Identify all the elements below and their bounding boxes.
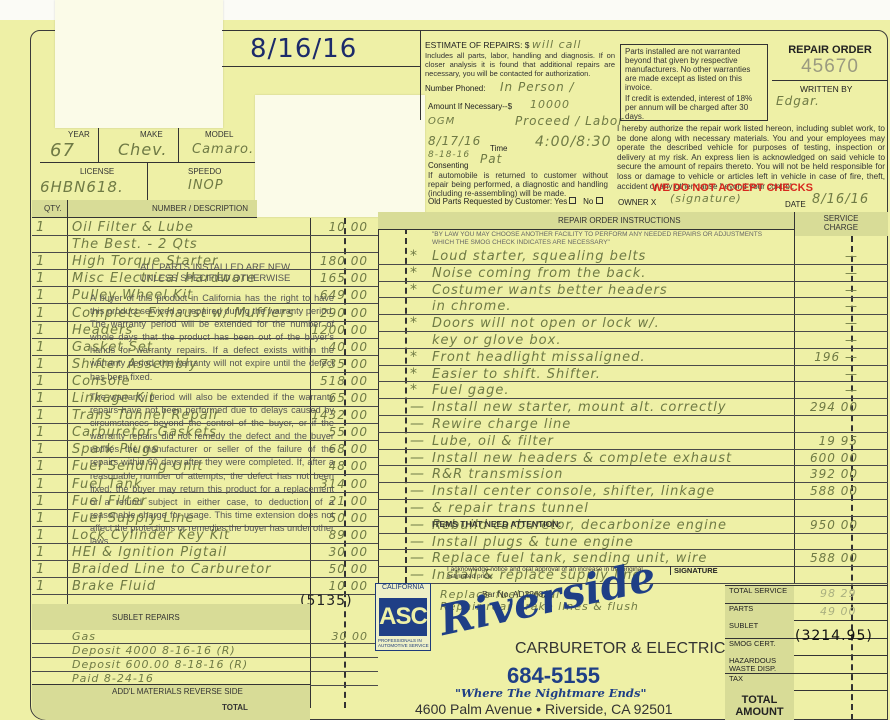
sublet-row: Gas 30 00	[32, 630, 378, 644]
legal-text-1: A buyer of this product in California ha…	[90, 292, 334, 384]
qty-value: 1	[36, 306, 45, 321]
totals-row: TOTAL SERVICE 98 29	[725, 586, 888, 604]
estimate-text: Includes all parts, labor, handling and …	[425, 51, 615, 78]
service-charge: 588 00	[810, 484, 858, 498]
divider	[178, 128, 179, 162]
instruction-text: key or glove box.	[432, 333, 561, 348]
warranty-text: Parts installed are not warranted beyond…	[625, 47, 763, 92]
items-attention-label: ITEMS THAT NEED ATTENTION:	[432, 519, 561, 529]
divider	[222, 66, 420, 67]
service-charge: 600 00	[810, 451, 858, 465]
qty-value: 1	[36, 528, 45, 543]
totals-label: HAZARDOUS WASTE DISP.	[725, 656, 794, 673]
part-price: 50 00	[304, 562, 368, 576]
sublet-row: Deposit 600.00 8-18-16 (R)	[32, 658, 378, 672]
totals-label: TAX	[725, 674, 794, 691]
owner-signature[interactable]: (signature)	[670, 192, 742, 205]
totals-label: SUBLET	[725, 621, 794, 638]
written-by-value: Edgar.	[776, 94, 820, 108]
divider	[98, 128, 99, 162]
service-charge: —	[845, 367, 858, 381]
shop-subtitle: CARBURETOR & ELECTRIC	[515, 640, 725, 658]
consenting-value: Pat	[480, 152, 502, 166]
addl-materials-label: ADD'L MATERIALS REVERSE SIDE	[112, 687, 243, 696]
instruction-row: — Rewire charge line	[378, 416, 888, 433]
qty-value: 1	[36, 323, 45, 338]
signature-label: SIGNATURE	[670, 566, 718, 575]
service-charge: —	[845, 299, 858, 313]
return-text: If automobile is returned to customer wi…	[428, 171, 608, 198]
instruction-mark: —	[410, 534, 425, 550]
repair-order-title-box: REPAIR ORDER 45670	[772, 44, 888, 78]
instruction-row: * Loud starter, squealing belts —	[378, 248, 888, 265]
sublet-description: Deposit 4000 8-16-16 (R)	[72, 644, 236, 657]
vehicle-block: YEAR MAKE MODEL 67 Chev. Camaro. LICENSE…	[40, 128, 260, 198]
qty-value: 1	[36, 425, 45, 440]
totals-row: PARTS 49 00	[725, 604, 888, 622]
estimate-date: 8/17/16	[428, 134, 481, 148]
desc-header: NUMBER / DESCRIPTION	[152, 204, 248, 213]
part-description: The Best. - 2 Qts	[72, 237, 198, 252]
service-charge: —	[845, 383, 858, 397]
instruction-row: — Install new starter, mount alt. correc…	[378, 399, 888, 416]
model-value: Camaro.	[192, 142, 254, 157]
parts-row: The Best. - 2 Qts	[32, 236, 378, 253]
license-label: LICENSE	[80, 167, 114, 176]
total-amount-label: TOTAL AMOUNT	[725, 691, 794, 720]
instruction-mark: *	[410, 349, 418, 365]
instructions-header: REPAIR ORDER INSTRUCTIONS	[378, 212, 794, 230]
amount-value: 10000	[530, 98, 570, 111]
divider	[147, 162, 148, 200]
sublet-price: 30 00	[304, 630, 368, 643]
estimate-line3-prefix: OGM	[428, 116, 455, 127]
instruction-row: * Front headlight missaligned. 196 —	[378, 349, 888, 366]
qty-value: 1	[36, 494, 45, 509]
instructions-title: REPAIR ORDER INSTRUCTIONS	[558, 216, 681, 225]
instruction-mark: *	[410, 382, 418, 398]
instruction-text: Front headlight missaligned.	[432, 350, 646, 365]
qty-value: 1	[36, 254, 45, 269]
instruction-row: — Install plugs & tune engine	[378, 534, 888, 551]
totals-row: HAZARDOUS WASTE DISP.	[725, 656, 888, 674]
instruction-row: * Fuel gage. —	[378, 382, 888, 399]
speedo-value: INOP	[188, 178, 224, 193]
qty-value: 1	[36, 220, 45, 235]
service-charge: 19 95	[819, 434, 858, 448]
parts-row: 1 Braided Line to Carburetor 50 00	[32, 561, 378, 578]
instruction-row: * Easier to shift. Shifter. —	[378, 366, 888, 383]
qty-value: 1	[36, 459, 45, 474]
instruction-row: * Costumer wants better headers —	[378, 282, 888, 299]
instruction-text: Lube, oil & filter	[432, 434, 554, 449]
year-value: 67	[50, 140, 75, 161]
instruction-row: * Noise coming from the back. —	[378, 265, 888, 282]
divider	[222, 30, 420, 31]
instruction-row: — Lube, oil & filter 19 95	[378, 433, 888, 450]
qty-header: QTY.	[44, 204, 62, 213]
estimate-label: ESTIMATE OF REPAIRS: $ will call	[425, 38, 615, 51]
qty-value: 1	[36, 357, 45, 372]
divider	[420, 30, 421, 120]
asc-logo: CALIFORNIA ASC PROFESSIONALS IN AUTOMOTI…	[375, 583, 431, 651]
repair-order-title: REPAIR ORDER	[772, 44, 888, 56]
instruction-mark: —	[410, 433, 425, 449]
service-charge: —	[845, 316, 858, 330]
instruction-text: Noise coming from the back.	[432, 266, 646, 281]
instruction-mark: —	[410, 550, 425, 566]
instruction-text: Install center console, shifter, linkage	[432, 484, 715, 499]
instruction-mark: —	[410, 399, 425, 415]
instruction-text: Install plugs & tune engine	[432, 535, 634, 550]
instruction-mark: —	[410, 483, 425, 499]
speedo-label: SPEEDO	[188, 167, 221, 176]
instruction-text: Costumer wants better headers	[432, 283, 668, 298]
service-charge: 588 00	[810, 551, 858, 565]
instruction-text: Doors will not open or lock w/.	[432, 316, 660, 331]
order-number: 45670	[772, 56, 888, 78]
instruction-text: Loud starter, squealing belts	[432, 249, 646, 264]
service-charge: —	[845, 266, 858, 280]
qty-value: 1	[36, 340, 45, 355]
instruction-mark: *	[410, 366, 418, 382]
sticky-note-1	[55, 0, 223, 128]
legal-heading: ALL PARTS INSTALLED ARE NEW UNLESS SPECI…	[110, 262, 320, 284]
instruction-text: Fuel gage.	[432, 383, 510, 398]
instruction-mark: *	[410, 248, 418, 264]
year-label: YEAR	[68, 130, 90, 139]
instruction-mark: —	[410, 500, 425, 516]
phoned-value: In Person /	[500, 80, 575, 94]
instruction-mark: *	[410, 265, 418, 281]
part-description: Oil Filter & Lube	[72, 220, 194, 235]
instruction-text: Install new starter, mount alt. correctl…	[432, 400, 727, 415]
yes-checkbox[interactable]	[569, 197, 576, 204]
service-charge: —	[845, 283, 858, 297]
no-checkbox[interactable]	[596, 197, 603, 204]
sublet-row: Deposit 4000 8-16-16 (R)	[32, 644, 378, 658]
totals-label: PARTS	[725, 604, 794, 621]
instruction-mark: —	[410, 567, 425, 583]
instruction-text: & repair trans tunnel	[432, 501, 589, 516]
instruction-mark: —	[410, 450, 425, 466]
service-charge: 950 00	[810, 518, 858, 532]
service-charge: —	[845, 249, 858, 263]
instruction-mark: *	[410, 315, 418, 331]
part-price: 10 00	[304, 220, 368, 234]
estimate-block: ESTIMATE OF REPAIRS: $ will call Include…	[425, 38, 615, 78]
service-charge: 392 00	[810, 467, 858, 481]
sublet-footer: ADD'L MATERIALS REVERSE SIDE TOTAL	[32, 684, 310, 720]
written-by-label: WRITTEN BY	[800, 84, 852, 94]
instruction-row: key or glove box. —	[378, 332, 888, 349]
instruction-row: — & repair trans tunnel	[378, 500, 888, 517]
part-price: 10 00	[304, 579, 368, 593]
top-date: 8/16/16	[250, 34, 357, 64]
qty-value: 1	[36, 271, 45, 286]
qty-value: 1	[36, 442, 45, 457]
totals-label: TOTAL SERVICE	[725, 586, 794, 603]
service-charge-header: SERVICE CHARGE	[794, 212, 888, 236]
license-value: 6HBN618.	[40, 178, 124, 196]
instruction-row: — R&R transmission 392 00	[378, 466, 888, 483]
qty-value: 1	[36, 288, 45, 303]
instruction-mark: —	[410, 416, 425, 432]
instruction-row: — Install center console, shifter, linka…	[378, 483, 888, 500]
qty-value: 1	[36, 545, 45, 560]
qty-value: 1	[36, 562, 45, 577]
model-label: MODEL	[205, 130, 233, 139]
circled-total: (3214.95)	[795, 628, 873, 644]
service-charge: 196 —	[814, 350, 858, 364]
phoned-label: Number Phoned:	[425, 84, 485, 93]
divider	[772, 80, 888, 81]
instruction-row: — Install new headers & complete exhaust…	[378, 450, 888, 467]
instruction-text: Rewire charge line	[432, 417, 571, 432]
qty-value: 1	[36, 374, 45, 389]
totals-label: SMOG CERT.	[725, 639, 794, 656]
sublet-header: SUBLET REPAIRS	[32, 604, 310, 630]
warranty-box: Parts installed are not warranted beyond…	[620, 44, 768, 121]
service-charge: 294 00	[810, 400, 858, 414]
make-label: MAKE	[140, 130, 163, 139]
instruction-mark: *	[410, 282, 418, 298]
qty-value: 1	[36, 477, 45, 492]
make-value: Chev.	[118, 140, 167, 159]
instruction-text: Easier to shift. Shifter.	[432, 367, 601, 382]
service-charge: —	[845, 333, 858, 347]
shop-slogan: "Where The Nightmare Ends"	[455, 686, 646, 700]
sublet-description: Deposit 600.00 8-18-16 (R)	[72, 658, 248, 671]
consenting-date: 8-18-16	[428, 150, 470, 160]
part-description: Braided Line to Carburetor	[72, 562, 272, 577]
instruction-text: Install new headers & complete exhaust	[432, 451, 732, 466]
amount-label: Amount If Necessary--$	[428, 102, 512, 111]
part-description: Brake Fluid	[72, 579, 156, 594]
instruction-row: in chrome. —	[378, 298, 888, 315]
qty-value: 1	[36, 391, 45, 406]
estimate-line3: Proceed / Labor	[515, 114, 624, 128]
instruction-mark: —	[410, 466, 425, 482]
shop-address: 4600 Palm Avenue • Riverside, CA 92501	[415, 701, 673, 717]
instruction-text: R&R transmission	[432, 467, 563, 482]
totals-row: TAX	[725, 674, 888, 692]
parts-row: 1 Oil Filter & Lube 10 00	[32, 219, 378, 236]
totals-value: 49 00	[820, 605, 857, 618]
qty-value: 1	[36, 408, 45, 423]
owner-label: OWNER X	[618, 198, 656, 207]
instruction-text: in chrome.	[432, 299, 511, 314]
sublet-description: Gas	[72, 630, 96, 643]
time-value: 4:00/8:30	[535, 134, 612, 150]
date-value: 8/16/16	[812, 192, 869, 207]
instruction-row: * Doors will not open or lock w/. —	[378, 315, 888, 332]
sublet-total-label: TOTAL	[222, 703, 248, 712]
parts-requested: Old Parts Requested by Customer: Yes No	[428, 197, 603, 206]
legal-text-2: The warranty period will also be extende…	[90, 391, 334, 548]
totals-value: 98 29	[820, 587, 857, 600]
instruction-text: Replace fuel tank, sending unit, wire	[432, 551, 707, 566]
instruction-mark: —	[410, 517, 425, 533]
parts-header: QTY. NUMBER / DESCRIPTION	[32, 200, 257, 218]
qty-value: 1	[36, 511, 45, 526]
date-label: DATE	[785, 200, 806, 209]
consenting-label: Consenting	[428, 161, 468, 170]
sticky-note-2	[255, 95, 425, 217]
smog-notice: "BY LAW YOU MAY CHOOSE ANOTHER FACILITY …	[432, 231, 782, 247]
asc-mark: ASC	[379, 598, 427, 636]
qty-value: 1	[36, 579, 45, 594]
credit-text: If credit is extended, interest of 18% p…	[625, 94, 763, 121]
sublet-label: SUBLET REPAIRS	[112, 613, 180, 622]
